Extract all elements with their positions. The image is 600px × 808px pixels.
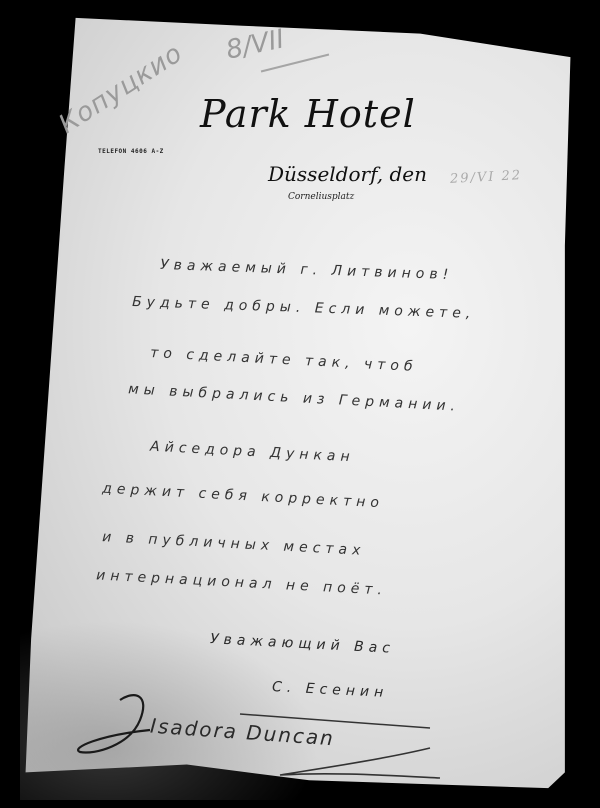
signature-flourish [0, 0, 600, 808]
